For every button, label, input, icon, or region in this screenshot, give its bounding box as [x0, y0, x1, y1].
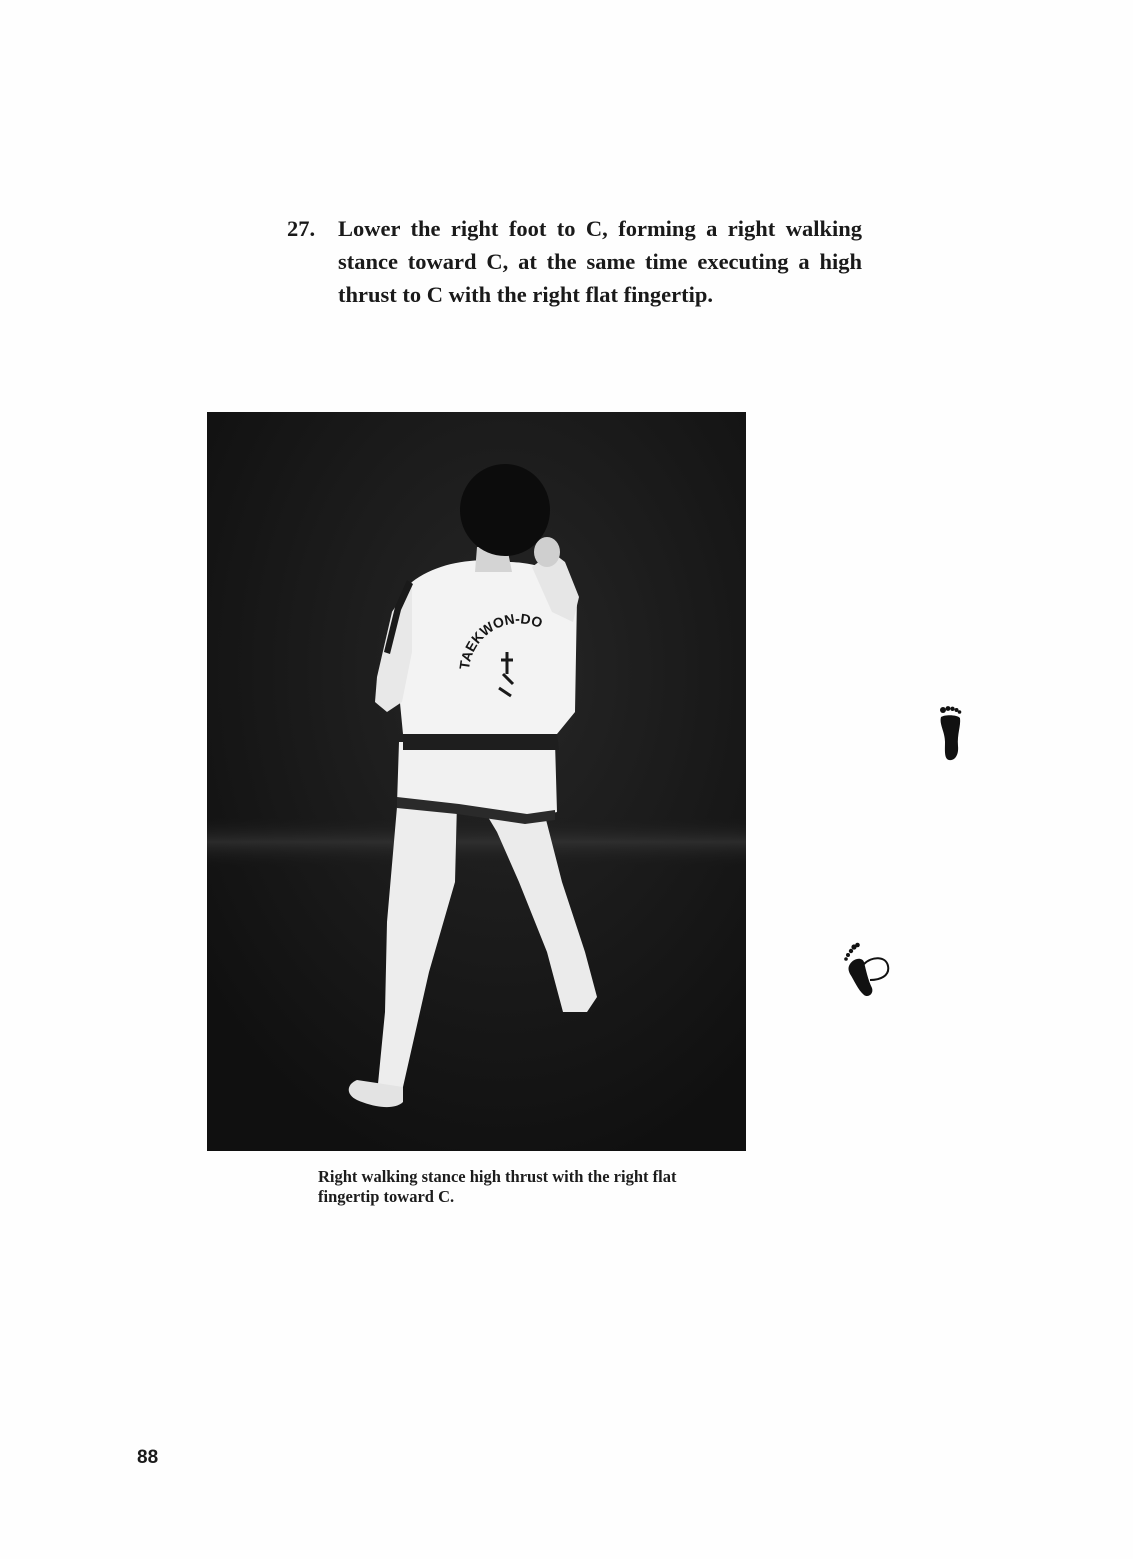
instruction-step: 27. Lower the right foot to C, forming a… [287, 212, 862, 311]
page-number: 88 [137, 1447, 158, 1469]
book-page: 27. Lower the right foot to C, forming a… [0, 0, 1133, 1559]
step-text: Lower the right foot to C, forming a rig… [338, 212, 862, 311]
footwork-diagram [830, 690, 990, 1020]
figure-caption: Right walking stance high thrust with th… [318, 1167, 698, 1207]
footprint-icon [936, 704, 966, 764]
moving-footprint-icon [840, 940, 896, 1000]
martial-artist-photo: TAEKWON-DO [207, 412, 746, 1151]
step-number: 27. [287, 212, 315, 245]
figure-photo: TAEKWON-DO [207, 412, 746, 1151]
